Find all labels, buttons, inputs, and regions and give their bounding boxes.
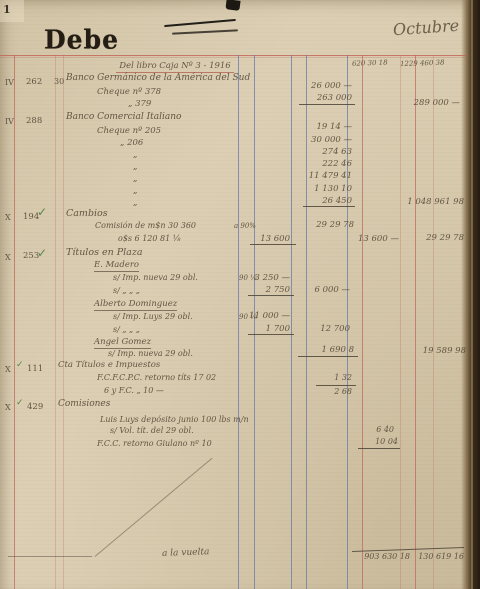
entry3-sum-line — [298, 356, 358, 357]
entry3-holder2: Alberto Dominguez — [94, 300, 177, 311]
entry0-line1-desc: Cheque nº 378 — [97, 88, 161, 97]
page-number: 1 — [3, 4, 11, 15]
month-label: Octubre — [393, 18, 460, 39]
entry0-line2-desc: „ 379 — [128, 100, 151, 109]
entry4-sum-line — [316, 385, 356, 386]
entry3-g2-line1-desc: s/ Imp. Luys 29 obl. — [113, 313, 193, 321]
entry2-line2-sub-amount: 13 600 — [252, 235, 290, 244]
entry1-name: Banco Comercial Italiano — [66, 113, 181, 122]
entry4-line1-desc: F.C.F.C.P.C. retorno títs 17 02 — [97, 374, 216, 382]
entry2-col-b-amount: 29 29 78 — [416, 234, 464, 243]
entry5-roman: X — [5, 404, 11, 412]
entry4-line2-amount: 2 68 — [318, 388, 352, 396]
entry0-roman: IV — [5, 79, 14, 87]
entry2-line1-rate: a 90% — [234, 223, 256, 230]
entry1-amount-2: 30 000 — — [300, 136, 352, 145]
entry5-name: Comisiones — [58, 400, 110, 409]
entry1-amount-5: 11 479 41 — [300, 172, 352, 181]
entry5-sum-line — [358, 448, 400, 449]
entry1-line4-desc: „ — [133, 163, 137, 172]
header-rule — [0, 55, 466, 56]
entry2-name: Cambios — [66, 209, 108, 219]
entry3-roman: X — [5, 254, 11, 262]
rule-red-total-3 — [415, 55, 416, 589]
closing-baseline — [8, 556, 92, 557]
entry3-g2-sub2: 1 700 — [250, 325, 290, 334]
rule-red-total-1 — [362, 55, 363, 589]
entry1-line3-desc: „ — [133, 151, 137, 160]
footer-total-a: 903 630 18 — [356, 553, 410, 561]
entry2-line1-desc: Comisión de m$n 30 360 — [95, 222, 196, 230]
entry1-folio: 288 — [26, 117, 42, 126]
pen-stroke-lower — [172, 29, 238, 34]
book-reference: Del libro Caja Nº 3 - 1916 — [116, 62, 234, 73]
entry0-sum-line — [299, 104, 355, 105]
entry0-name: Banco Germánico de la América del Sud — [66, 74, 250, 83]
header-rule-shadow — [0, 57, 466, 58]
entry0-folio2: 30 — [54, 78, 64, 86]
ledger-page: 1 Debe Octubre 620 30 18 1229 460 38 Del… — [0, 0, 480, 589]
entry5-line1-desc: Luis Luys depósito junio 100 lbs m/n — [100, 416, 249, 424]
entry3-total: 19 589 98 — [412, 347, 466, 356]
entry3-holder1: E. Madero — [94, 261, 139, 272]
rule-red-margin-2 — [55, 55, 56, 589]
entry5-line3-amount: 10 04 — [362, 438, 398, 446]
entry1-line1-desc: Cheque nº 205 — [97, 127, 161, 136]
rule-red-margin-1 — [14, 55, 15, 589]
entry1-amount-3: 274 63 — [300, 148, 352, 157]
entry2-roman: X — [5, 214, 11, 222]
entry1-amount-6: 1 130 10 — [300, 185, 352, 194]
entry1-roman: IV — [5, 118, 14, 126]
entry3-g2-line2-desc: s/ „ „ „ — [113, 326, 140, 334]
closing-diagonal-slash — [95, 458, 213, 557]
entry1-total: 1 048 961 98 — [392, 198, 464, 207]
entry2-line2-desc: o$s 6 120 81 ⅛ — [118, 235, 180, 243]
carry-total-right: 1229 460 38 — [400, 59, 462, 68]
entry3-g2-sum-line — [248, 334, 294, 335]
entry3-g1-sum-line — [248, 295, 294, 296]
entry3-folio: 253 — [23, 252, 39, 261]
page-title-debe: Debe — [44, 26, 119, 52]
entry2-folio: 194 — [23, 213, 39, 222]
entry3-holder3: Angel Gomez — [94, 338, 151, 349]
entry1-sum-line — [303, 206, 355, 207]
rule-red-total-4 — [433, 55, 434, 589]
entry2-sub-line — [250, 244, 296, 245]
entry0-line1-amount: 26 000 — — [302, 82, 352, 91]
entry0-folio: 262 — [26, 78, 42, 87]
rule-red-total-2 — [400, 55, 401, 589]
entry4-line2-desc: 6 y F.C. „ 10 — — [104, 387, 164, 395]
entry3-g3-amount: 1 690 8 — [298, 346, 354, 355]
entry5-line2-amount: 6 40 — [362, 426, 394, 434]
entry1-line7-desc: „ — [133, 199, 137, 208]
rule-blue-1 — [238, 55, 239, 589]
entry4-line1-amount: 1 32 — [318, 374, 352, 382]
entry5-checkmark: ✓ — [16, 399, 24, 408]
entry0-total: 289 000 — — [404, 99, 460, 108]
pen-stroke-upper — [164, 19, 236, 27]
entry5-line2-desc: s/ Vol. tít. del 29 obl. — [110, 427, 194, 435]
gutter-page-edges — [471, 0, 473, 589]
ink-blot-tab — [225, 0, 240, 11]
rule-red-margin-3 — [63, 55, 64, 589]
footer-total-b: 130 619 16 — [410, 553, 464, 561]
carry-total-left: 620 30 18 — [352, 59, 396, 68]
entry1-amount-4: 222 46 — [300, 160, 352, 169]
entry3-g1-amount: 6 000 — — [300, 286, 350, 295]
entry3-g1-line1-desc: s/ Imp. nueva 29 obl. — [113, 274, 198, 282]
entry3-g1-sub1: 3 250 — — [250, 274, 290, 283]
entry3-g1-line2-desc: s/ „ „ „ — [113, 287, 140, 295]
entry4-folio: 111 — [27, 365, 43, 374]
carry-forward-note: a la vuelta — [162, 548, 210, 559]
rule-blue-3 — [291, 55, 292, 589]
entry5-line3-desc: F.C.C. retorno Giulano nº 10 — [97, 440, 212, 448]
entry1-amount-7: 26 450 — [300, 197, 352, 206]
entry0-line2-amount: 263 000 — [302, 94, 352, 103]
entry3-g2-amount: 12 700 — [300, 325, 350, 334]
entry3-g2-sub1: 11 000 — — [246, 312, 290, 321]
entry2-col-a-amount: 13 600 — — [358, 235, 398, 244]
entry3-g3-line1-desc: s/ Imp. nueva 29 obl. — [108, 350, 193, 358]
entry4-name: Cta Títulos e Impuestos — [58, 361, 160, 370]
entry2-line1-amount: 29 29 78 — [302, 221, 354, 230]
entry1-line5-desc: „ — [133, 175, 137, 184]
entry1-amount-1: 19 14 — — [300, 123, 352, 132]
entry5-folio: 429 — [27, 403, 43, 412]
entry1-line6-desc: „ — [133, 187, 137, 196]
rule-blue-2 — [254, 55, 255, 589]
entry3-g1-sub2: 2 750 — [250, 286, 290, 295]
entry4-roman: X — [5, 366, 11, 374]
entry3-name: Títulos en Plaza — [66, 248, 143, 258]
entry1-line2-desc: „ 206 — [120, 139, 143, 148]
entry4-checkmark: ✓ — [16, 361, 24, 370]
